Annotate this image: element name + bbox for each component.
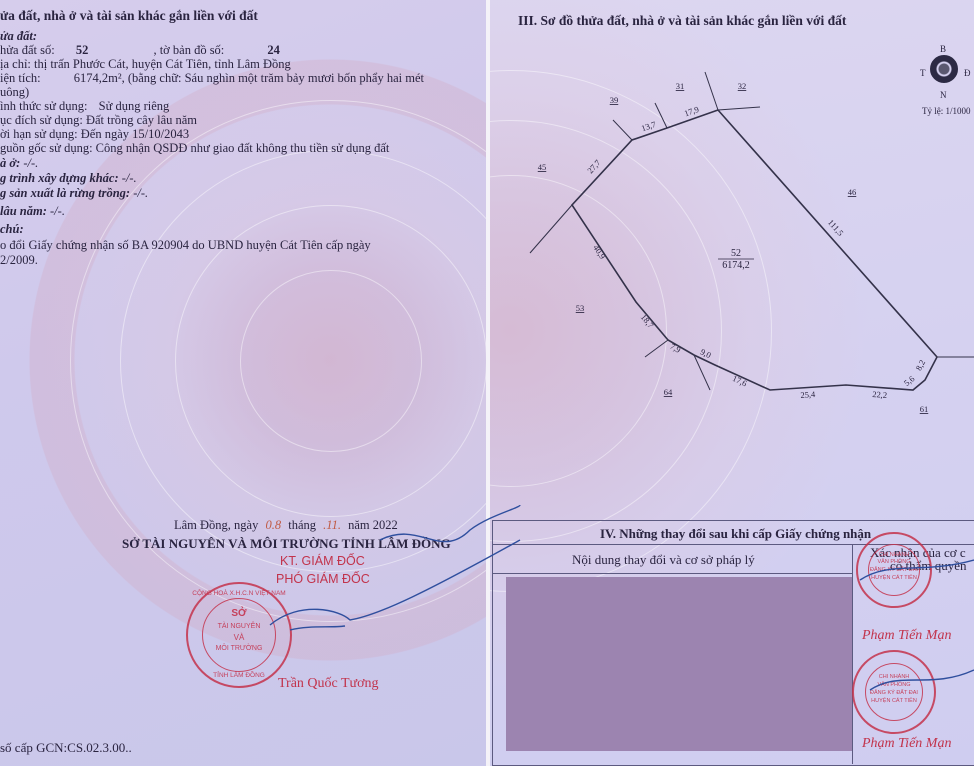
edge-length-label: 25,4 — [800, 389, 816, 400]
neighbor-boundary — [655, 103, 667, 128]
edge-length-label: 40,9 — [591, 243, 608, 261]
edge-length-label: 18,7 — [639, 312, 656, 330]
parcel-area-label: 6174,2 — [722, 260, 750, 271]
edge-length-label: 27,7 — [585, 158, 602, 176]
neighbor-parcel-number: 39 — [610, 95, 619, 105]
signature-stroke — [270, 540, 520, 625]
edge-length-label: 17,9 — [683, 104, 700, 118]
neighbor-boundary — [705, 72, 718, 110]
neighbor-boundary — [645, 340, 668, 357]
parcel-plot-diagram: 17,913,727,740,918,77,99,017,625,422,25,… — [0, 0, 974, 766]
signature-stroke — [870, 670, 974, 690]
neighbor-parcel-number: 64 — [664, 387, 673, 397]
edge-length-label: 7,9 — [668, 341, 682, 355]
neighbor-boundary — [530, 205, 572, 253]
neighbor-boundary — [718, 107, 760, 110]
signature-stroke — [860, 560, 974, 580]
neighbor-parcel-number: 53 — [576, 303, 585, 313]
parcel-boundary — [572, 110, 937, 390]
neighbor-parcel-number: 46 — [848, 187, 857, 197]
neighbor-parcel-number: 61 — [920, 404, 929, 414]
edge-length-label: 8,2 — [913, 358, 927, 372]
neighbor-boundary — [613, 120, 632, 140]
signature-stroke — [380, 505, 520, 542]
edge-length-label: 17,6 — [731, 373, 749, 388]
neighbor-boundary — [694, 355, 710, 390]
neighbor-parcel-number: 31 — [676, 81, 685, 91]
edge-length-label: 13,7 — [640, 119, 657, 133]
neighbor-parcel-number: 45 — [538, 162, 547, 172]
edge-length-label: 5,6 — [902, 373, 917, 387]
edge-length-label: 22,2 — [872, 389, 888, 400]
signature-stroke — [290, 626, 345, 630]
parcel-number-label: 52 — [731, 248, 741, 259]
neighbor-parcel-number: 32 — [738, 81, 747, 91]
